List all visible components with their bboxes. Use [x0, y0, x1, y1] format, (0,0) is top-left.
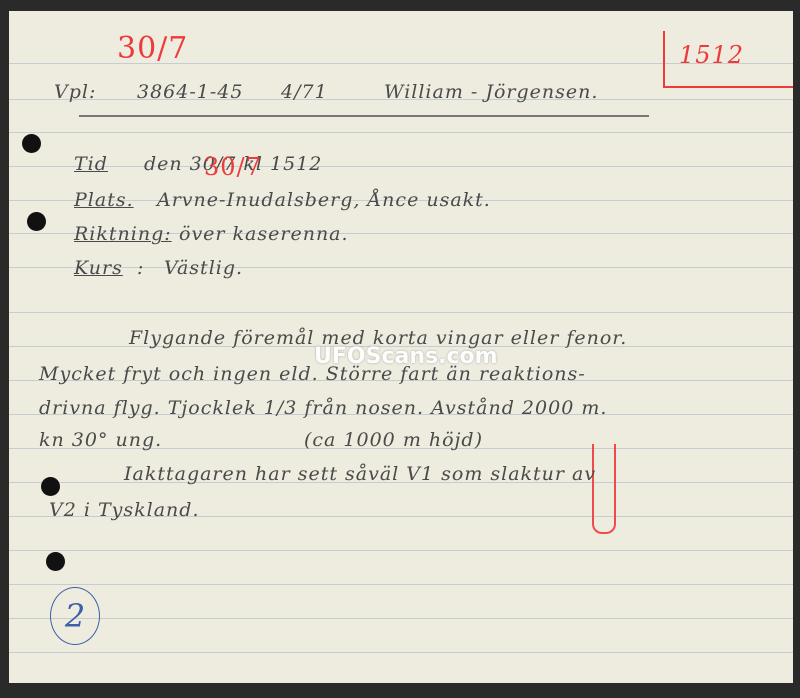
body-line-4: kn 30° ung.	[39, 429, 162, 451]
field-value-plats: Arvne-Inudalsberg, Ånce usakt.	[157, 189, 491, 211]
body-line-5: (ca 1000 m höjd)	[304, 429, 483, 451]
ruled-line	[9, 132, 793, 133]
header-underline	[79, 115, 649, 117]
header-reference: 3864-1-45	[137, 81, 243, 103]
red-date-annotation: 30/7	[117, 31, 188, 66]
ruled-line	[9, 652, 793, 653]
document-page: 30/7 1512 Vpl: 3864-1-45 4/71 William - …	[9, 11, 793, 683]
page-number-circle: 2	[50, 587, 100, 645]
ruled-line	[9, 584, 793, 585]
field-separator-kurs: :	[137, 257, 144, 279]
punch-hole	[27, 212, 46, 231]
field-value-kurs: Västlig.	[164, 257, 243, 279]
field-label-kurs: Kurs	[74, 257, 123, 279]
ruled-line	[9, 618, 793, 619]
ruled-line	[9, 550, 793, 551]
body-line-3: drivna flyg. Tjocklek 1/3 från nosen. Av…	[39, 397, 607, 419]
body-line-7: V2 i Tyskland.	[49, 499, 199, 521]
body-line-2: Mycket fryt och ingen eld. Större fart ä…	[39, 363, 586, 385]
punch-hole	[41, 477, 60, 496]
field-label-riktning: Riktning:	[74, 223, 172, 245]
red-time-annotation: 1512	[679, 41, 744, 69]
watermark: UFOScans.com	[314, 344, 498, 369]
field-label-plats: Plats.	[74, 189, 134, 211]
ruled-line	[9, 267, 793, 268]
ruled-line	[9, 312, 793, 313]
page-number: 2	[65, 597, 85, 635]
punch-hole	[22, 134, 41, 153]
punch-hole	[46, 552, 65, 571]
field-label-tid: Tid	[74, 153, 108, 175]
header-prefix: Vpl:	[54, 81, 96, 103]
ruled-line	[9, 166, 793, 167]
field-value-riktning: över kaserenna.	[179, 223, 349, 245]
red-inline-date: 30/7	[204, 153, 262, 181]
red-margin-mark	[592, 444, 616, 534]
body-line-6: Iakttagaren har sett såväl V1 som slaktu…	[124, 463, 596, 485]
header-name: William - Jörgensen.	[384, 81, 598, 103]
header-code: 4/71	[281, 81, 328, 103]
